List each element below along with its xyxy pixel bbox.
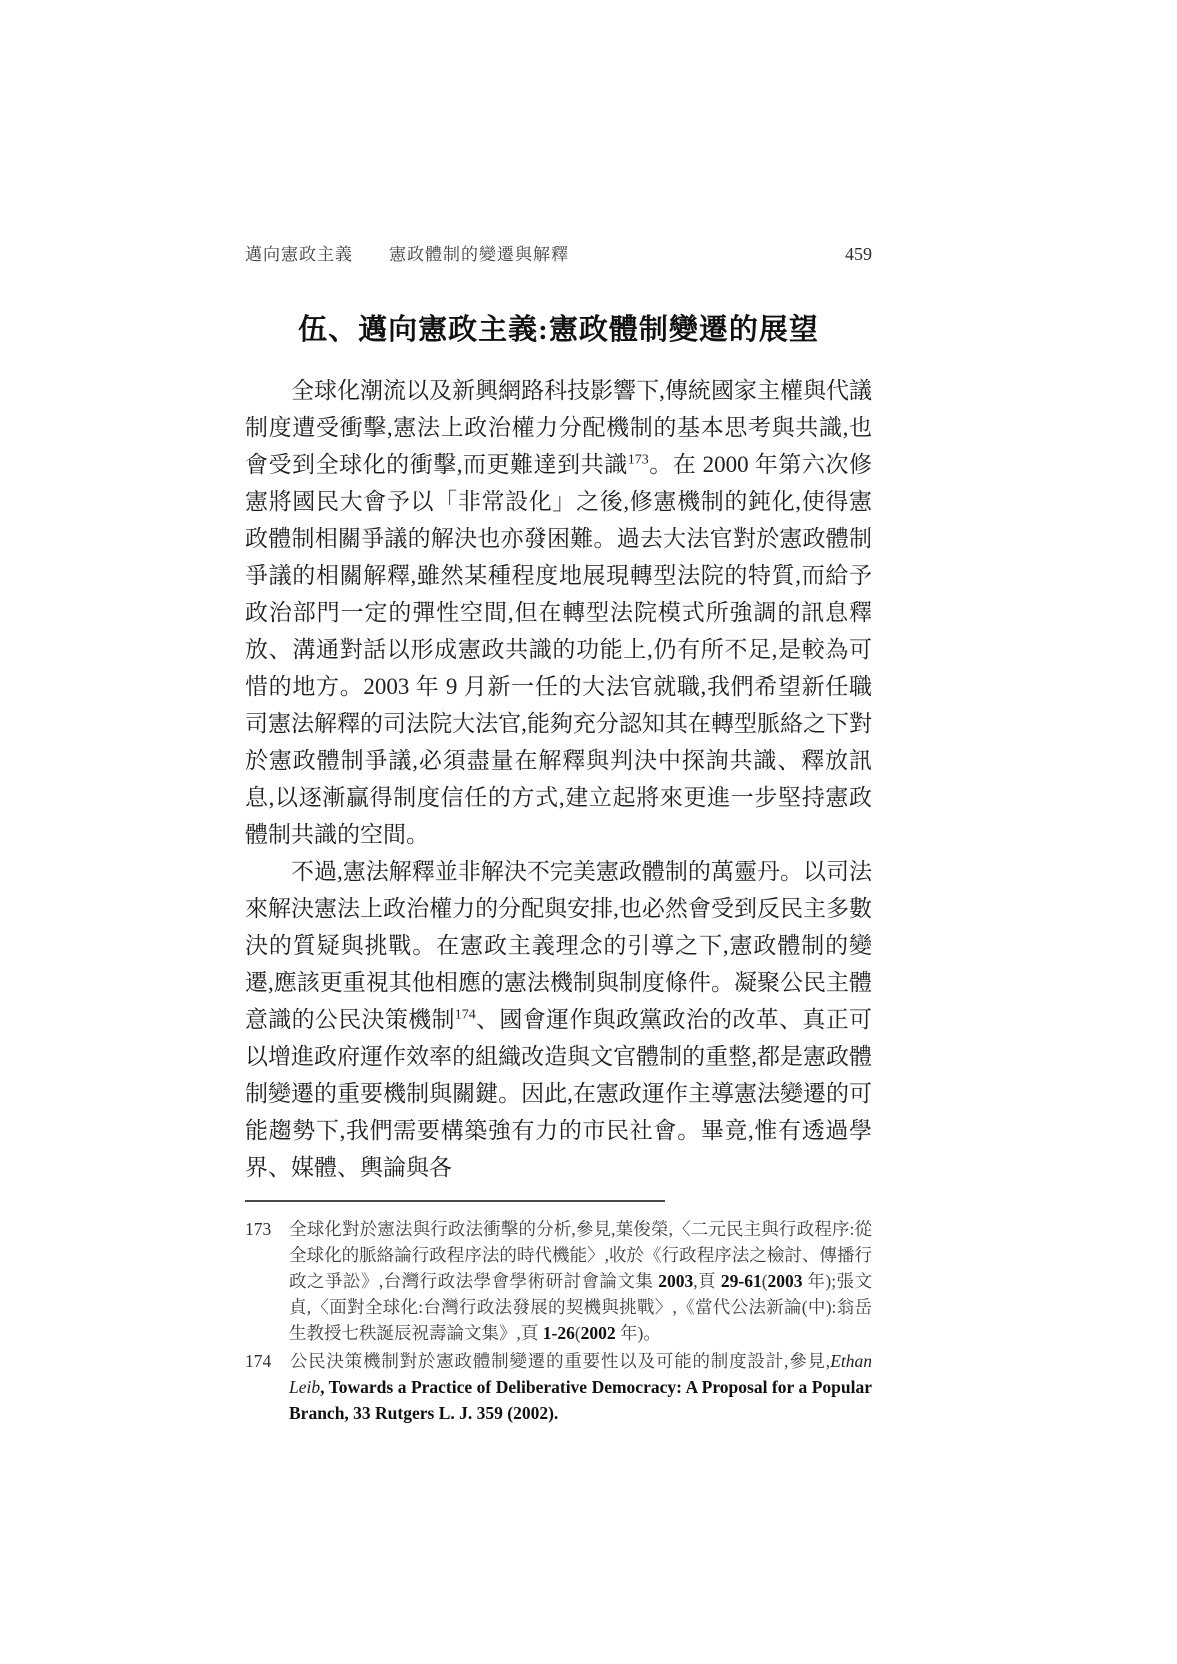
body-paragraph-2: 不過,憲法解釋並非解決不完美憲政體制的萬靈丹。以司法來解決憲法上政治權力的分配與… bbox=[245, 853, 872, 1186]
footnote-text: 公民決策機制對於憲政體制變遷的重要性以及可能的制度設計,參見,Ethan Lei… bbox=[289, 1351, 872, 1423]
footnote-number: 174 bbox=[245, 1348, 289, 1374]
footnote-173: 173全球化對於憲法與行政法衝擊的分析,參見,葉俊榮,〈二元民主與行政程序:從全… bbox=[245, 1216, 872, 1346]
text-segment: ,頁 bbox=[693, 1271, 721, 1291]
section-title: 伍、邁向憲政主義:憲政體制變遷的展望 bbox=[245, 307, 872, 348]
footnotes-section: 173全球化對於憲法與行政法衝擊的分析,參見,葉俊榮,〈二元民主與行政程序:從全… bbox=[245, 1216, 872, 1426]
text-segment: 2002 bbox=[581, 1323, 616, 1343]
running-title: 邁向憲政主義 憲政體制的變遷與解釋 bbox=[245, 240, 569, 265]
text-segment: 公民決策機制對於憲政體制變遷的重要性以及可能的制度設計,參見, bbox=[289, 1351, 830, 1371]
page-number: 459 bbox=[845, 244, 872, 265]
footnote-174: 174公民決策機制對於憲政體制變遷的重要性以及可能的制度設計,參見,Ethan … bbox=[245, 1348, 872, 1426]
text-segment: 1-26 bbox=[543, 1323, 575, 1343]
footnote-text: 全球化對於憲法與行政法衝擊的分析,參見,葉俊榮,〈二元民主與行政程序:從全球化的… bbox=[289, 1219, 872, 1343]
body-paragraph-1: 全球化潮流以及新興網路科技影響下,傳統國家主權與代議制度遭受衝擊,憲法上政治權力… bbox=[245, 372, 872, 853]
text-segment: , Towards a Practice of Deliberative Dem… bbox=[289, 1377, 872, 1423]
text-segment: 2003 bbox=[768, 1271, 803, 1291]
text-segment: 2003 bbox=[658, 1271, 693, 1291]
text-segment: 年)。 bbox=[616, 1323, 661, 1343]
page-content: 邁向憲政主義 憲政體制的變遷與解釋 459 伍、邁向憲政主義:憲政體制變遷的展望… bbox=[245, 240, 872, 1426]
text-segment: 、國會運作與政黨政治的改革、真正可以增進政府運作效率的組織改造與文官體制的重整,… bbox=[245, 1007, 872, 1180]
footnote-ref: 173 bbox=[628, 452, 649, 467]
text-segment: 29-61 bbox=[721, 1271, 762, 1291]
document-page: 邁向憲政主義 憲政體制的變遷與解釋 459 伍、邁向憲政主義:憲政體制變遷的展望… bbox=[0, 0, 1177, 1664]
running-head: 邁向憲政主義 憲政體制的變遷與解釋 459 bbox=[245, 240, 872, 265]
footnote-ref: 174 bbox=[455, 1007, 476, 1022]
text-segment: 。在 2000 年第六次修憲將國民大會予以「非常設化」之後,修憲機制的鈍化,使得… bbox=[245, 452, 872, 847]
footnote-divider bbox=[245, 1200, 665, 1202]
footnote-number: 173 bbox=[245, 1216, 289, 1242]
